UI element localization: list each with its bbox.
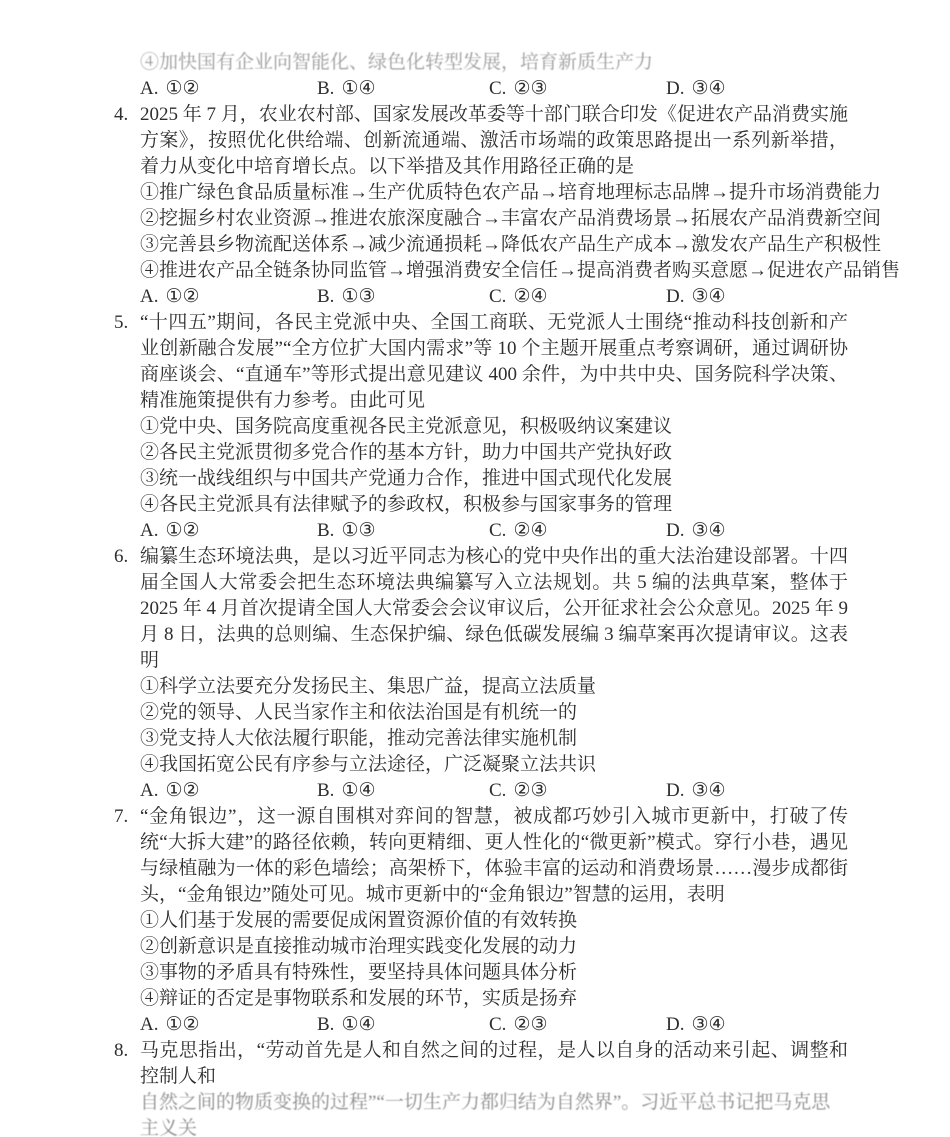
question-8: 8.马克思指出，“劳动首先是人和自然之间的过程，是人以自身的活动来引起、调整和控… [140, 1038, 848, 1137]
answer-options-row: A.①② B.①④ C.②③ D.③④ [140, 76, 848, 102]
answer-options-row: A.①② B.①③ C.②④ D.③④ [140, 518, 848, 544]
question-stem-text: “十四五”期间，各民主党派中央、全国工商联、无党派人士围绕“推动科技创新和产业创… [140, 312, 848, 411]
question-stem-line-1: 马克思指出，“劳动首先是人和自然之间的过程，是人以自身的活动来引起、调整和控制人… [140, 1040, 848, 1087]
question-number: 5. [114, 310, 128, 336]
question-4: 4.2025 年 7 月，农业农村部、国家发展改革委等十部门联合印发《促进农产品… [140, 102, 848, 310]
question-7: 7.“金角银边”，这一源自围棋对弈间的智慧，被成都巧妙引入城市更新中，打破了传统… [140, 804, 848, 1038]
question-stem: 7.“金角银边”，这一源自围棋对弈间的智慧，被成都巧妙引入城市更新中，打破了传统… [140, 804, 848, 908]
option-d: D.③④ [666, 284, 848, 310]
question-stem: 4.2025 年 7 月，农业农村部、国家发展改革委等十部门联合印发《促进农产品… [140, 102, 848, 180]
option-a: A.①② [140, 518, 317, 544]
option-b: B.①③ [317, 284, 489, 310]
option-b: B.①④ [317, 1012, 489, 1038]
question-number: 4. [114, 102, 128, 128]
question-item-3: ③完善县乡物流配送体系→减少流通损耗→降低农产品生产成本→激发农产品生产积极性 [140, 232, 848, 258]
option-c: C.②③ [489, 778, 666, 804]
option-c: C.②④ [489, 284, 666, 310]
question-number: 8. [114, 1038, 128, 1064]
question-item-3: ③党支持人大依法履行职能，推动完善法律实施机制 [140, 726, 848, 752]
option-b: B.①③ [317, 518, 489, 544]
question-item-1: ①科学立法要充分发扬民主、集思广益，提高立法质量 [140, 674, 848, 700]
question-item-4: ④各民主党派具有法律赋予的参政权，积极参与国家事务的管理 [140, 492, 848, 518]
question-5: 5.“十四五”期间，各民主党派中央、全国工商联、无党派人士围绕“推动科技创新和产… [140, 310, 848, 544]
question-stem-text: 编纂生态环境法典，是以习近平同志为核心的党中央作出的重大法治建设部署。十四届全国… [140, 546, 848, 671]
exam-content: ④加快国有企业向智能化、绿色化转型发展，培育新质生产力 A.①② B.①④ C.… [140, 50, 848, 1137]
question-item-1: ①党中央、国务院高度重视各民主党派意见，积极吸纳议案建议 [140, 414, 848, 440]
question-stem-text: “金角银边”，这一源自围棋对弈间的智慧，被成都巧妙引入城市更新中，打破了传统“大… [140, 806, 848, 905]
question-stem: 8.马克思指出，“劳动首先是人和自然之间的过程，是人以自身的活动来引起、调整和控… [140, 1038, 848, 1090]
option-d: D.③④ [666, 76, 848, 102]
question-number: 6. [114, 544, 128, 570]
option-a: A.①② [140, 284, 317, 310]
answer-options-row: A.①② B.①④ C.②③ D.③④ [140, 778, 848, 804]
option-c: C.②④ [489, 518, 666, 544]
question-item-1: ①人们基于发展的需要促成闲置资源价值的有效转换 [140, 908, 848, 934]
option-c: C.②③ [489, 1012, 666, 1038]
option-a: A.①② [140, 778, 317, 804]
option-a: A.①② [140, 1012, 317, 1038]
question-stem-line-2: 自然之间的物质变换的过程”“一切生产力都归结为自然界”。习近平总书记把马克思主义… [140, 1090, 848, 1137]
question-stem: 5.“十四五”期间，各民主党派中央、全国工商联、无党派人士围绕“推动科技创新和产… [140, 310, 848, 414]
question-6: 6.编纂生态环境法典，是以习近平同志为核心的党中央作出的重大法治建设部署。十四届… [140, 544, 848, 804]
question-item-1: ①推广绿色食品质量标准→生产优质特色农产品→培育地理标志品牌→提升市场消费能力 [140, 180, 848, 206]
answer-options-row: A.①② B.①③ C.②④ D.③④ [140, 284, 848, 310]
question-stem-text: 2025 年 7 月，农业农村部、国家发展改革委等十部门联合印发《促进农产品消费… [140, 104, 848, 177]
question-item-2: ②创新意识是直接推动城市治理实践变化发展的动力 [140, 934, 848, 960]
question-item-4: ④加快国有企业向智能化、绿色化转型发展，培育新质生产力 [140, 50, 848, 76]
question-item-2: ②挖掘乡村农业资源→推进农旅深度融合→丰富农产品消费场景→拓展农产品消费新空间 [140, 206, 848, 232]
option-c: C.②③ [489, 76, 666, 102]
option-d: D.③④ [666, 778, 848, 804]
option-a: A.①② [140, 76, 317, 102]
option-b: B.①④ [317, 778, 489, 804]
question-item-2: ②各民主党派贯彻多党合作的基本方针，助力中国共产党执好政 [140, 440, 848, 466]
question-item-4: ④辩证的否定是事物联系和发展的环节，实质是扬弃 [140, 986, 848, 1012]
question-3-fragment: ④加快国有企业向智能化、绿色化转型发展，培育新质生产力 A.①② B.①④ C.… [140, 50, 848, 102]
question-item-3: ③统一战线组织与中国共产党通力合作，推进中国式现代化发展 [140, 466, 848, 492]
exam-page: ④加快国有企业向智能化、绿色化转型发展，培育新质生产力 A.①② B.①④ C.… [0, 0, 950, 1137]
question-stem: 6.编纂生态环境法典，是以习近平同志为核心的党中央作出的重大法治建设部署。十四届… [140, 544, 848, 674]
option-d: D.③④ [666, 518, 848, 544]
question-item-4: ④推进农产品全链条协同监管→增强消费安全信任→提高消费者购买意愿→促进农产品销售 [140, 258, 848, 284]
question-item-4: ④我国拓宽公民有序参与立法途径，广泛凝聚立法共识 [140, 752, 848, 778]
option-d: D.③④ [666, 1012, 848, 1038]
question-item-2: ②党的领导、人民当家作主和依法治国是有机统一的 [140, 700, 848, 726]
option-b: B.①④ [317, 76, 489, 102]
question-number: 7. [114, 804, 128, 830]
answer-options-row: A.①② B.①④ C.②③ D.③④ [140, 1012, 848, 1038]
question-item-3: ③事物的矛盾具有特殊性，要坚持具体问题具体分析 [140, 960, 848, 986]
